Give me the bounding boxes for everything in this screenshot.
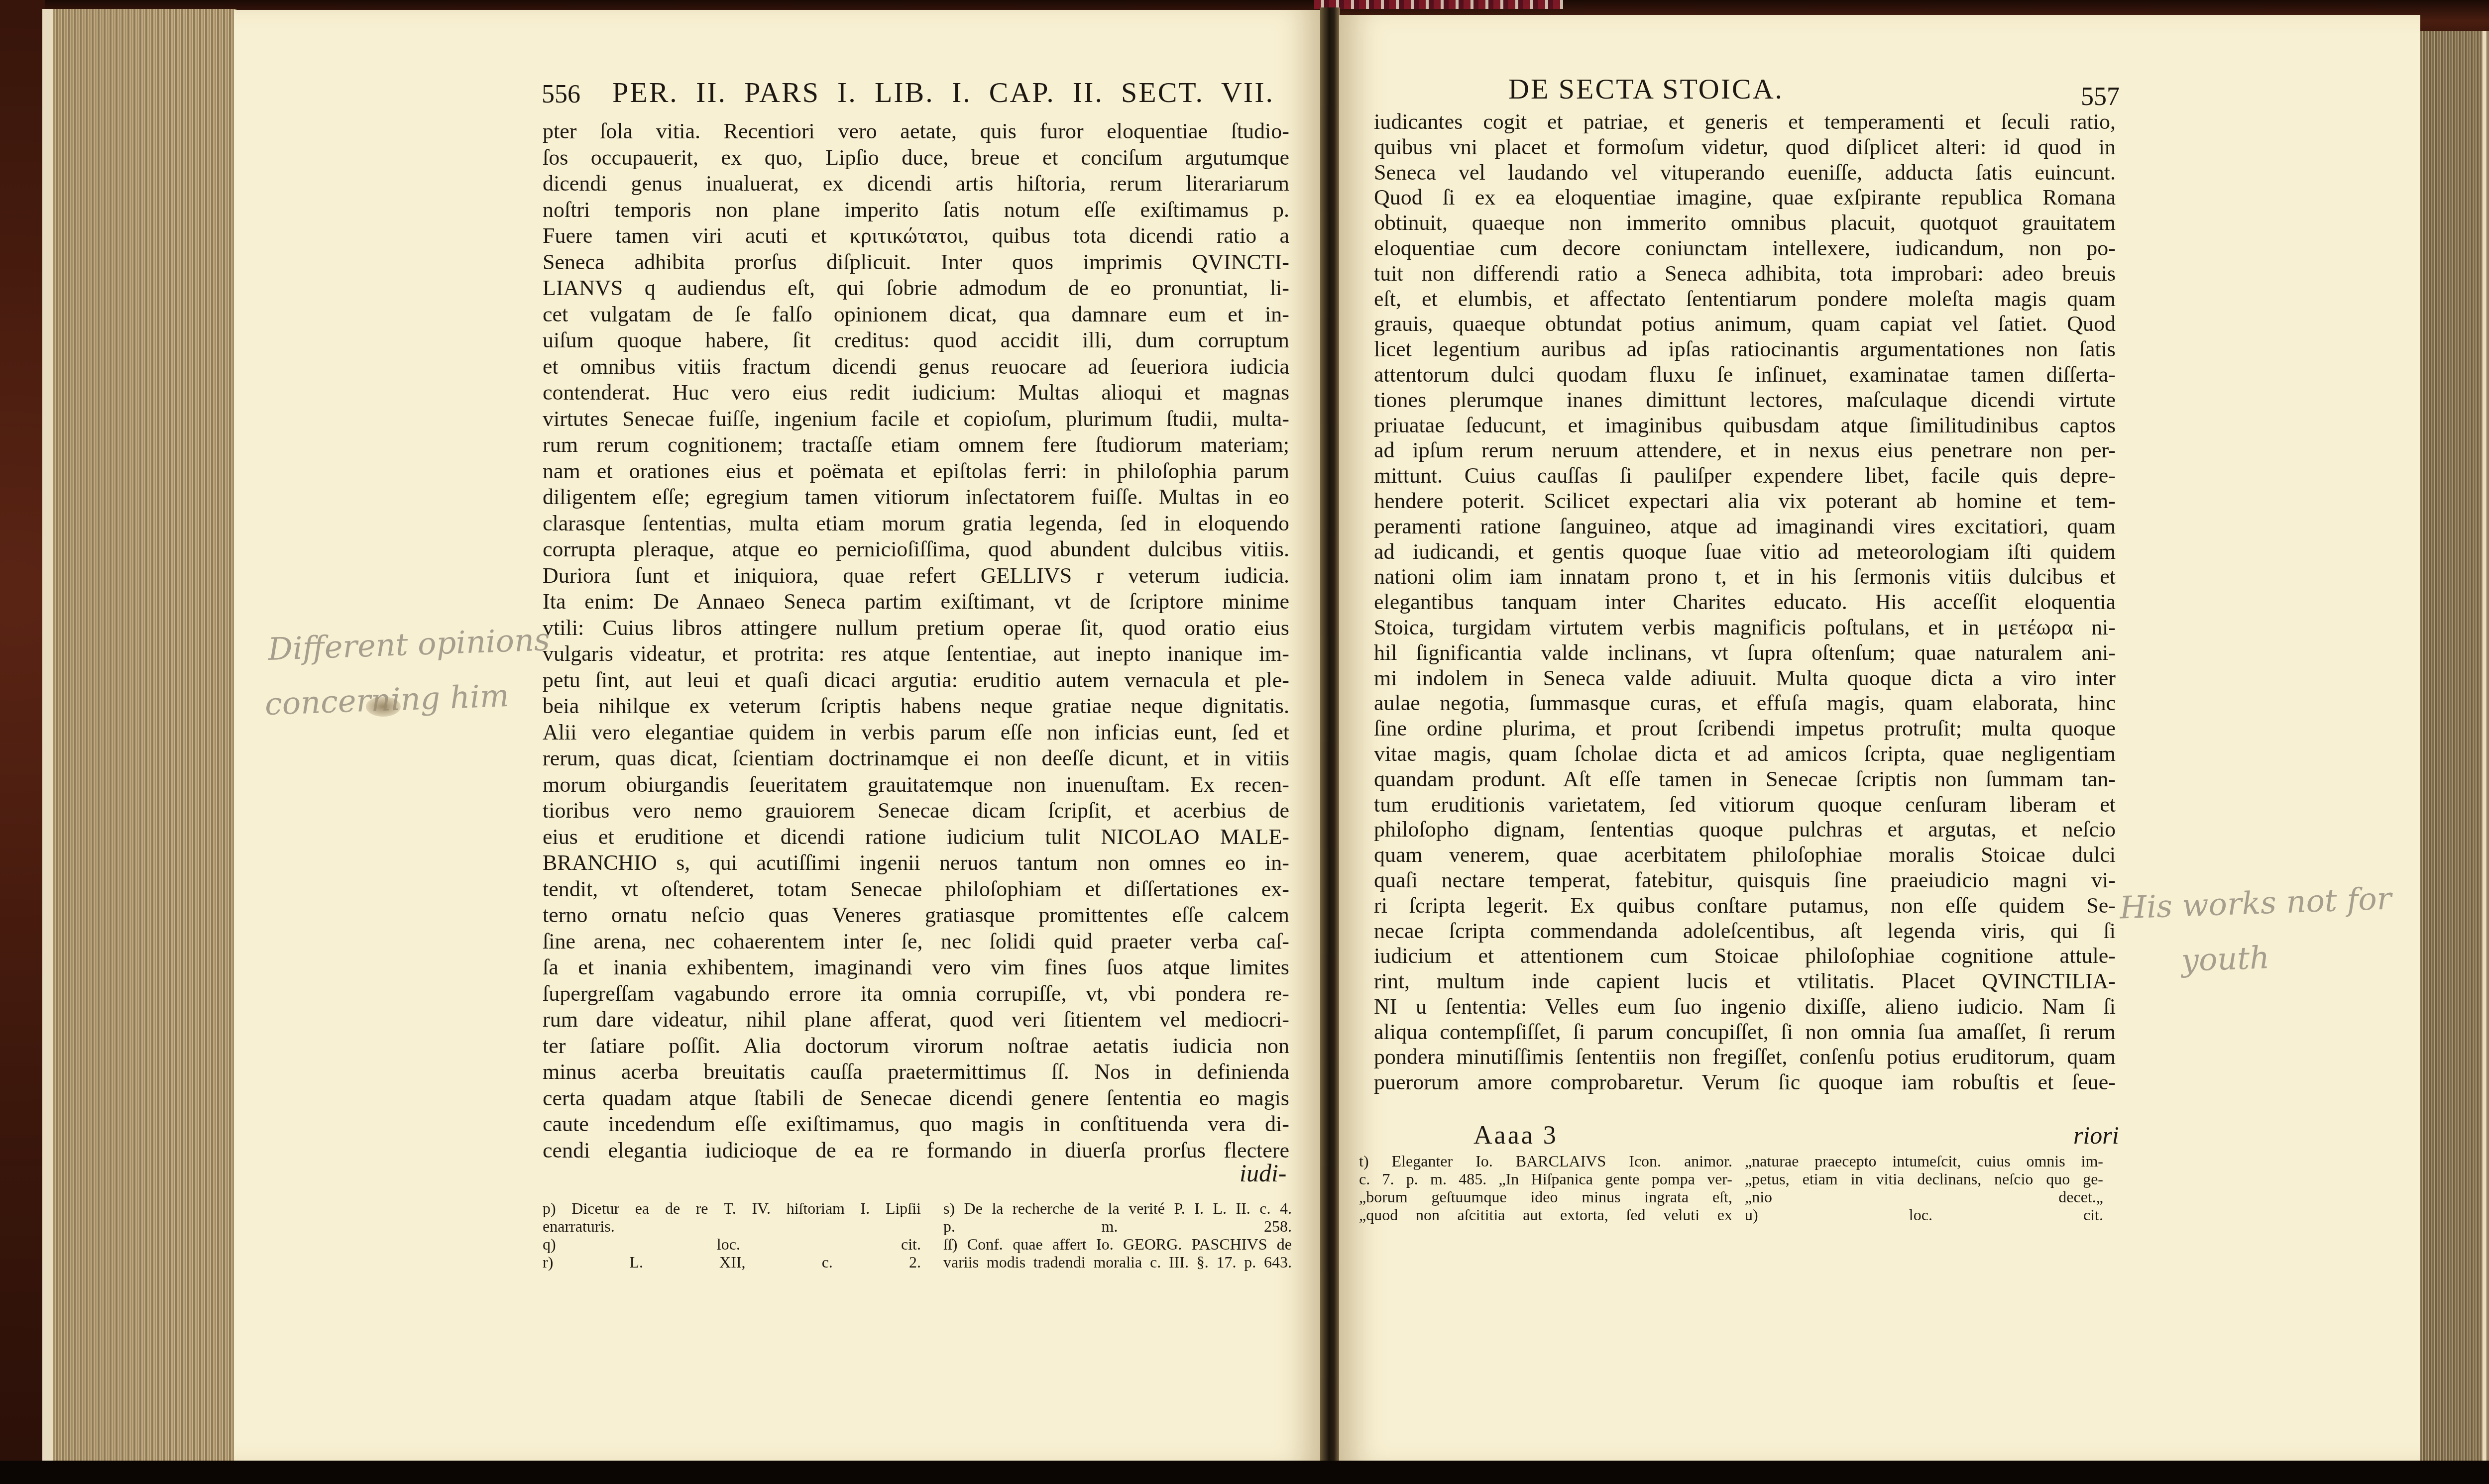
text-line: „quod non aſcititia aut extorta, ſed vel… bbox=[1359, 1206, 1732, 1224]
text-line: u) loc. cit. bbox=[1745, 1206, 2103, 1224]
text-line: morum obiurgandis ſeueritatem grauitatem… bbox=[543, 772, 1289, 798]
text-line: „naturae praecepto intumeſcit, cuius omn… bbox=[1745, 1152, 2103, 1170]
left-running-head: PER. II. PARS I. LIB. I. CAP. II. SECT. … bbox=[612, 76, 1274, 109]
marginalia-right: His works not for youth bbox=[2119, 871, 2394, 990]
right-body-text: iudicantes cogit et patriae, et generis … bbox=[1374, 109, 2116, 1095]
left-footnotes-col1: p) Dicetur ea de re T. IV. hiſtoriam I. … bbox=[543, 1199, 921, 1271]
text-line: obtinuit, quaeque non immerito omnibus p… bbox=[1374, 211, 2116, 236]
text-line: attentorum dulci quodam fluxu ſe inſinue… bbox=[1374, 362, 2116, 388]
text-line: Quod ſi ex ea eloquentiae imagine, quae … bbox=[1374, 185, 2116, 211]
text-line: aliqua contempſiſſet, ſi parum concupiſſ… bbox=[1374, 1020, 2116, 1045]
text-line: „borum geſtuumque ideo minus ingrata eſt… bbox=[1359, 1188, 1732, 1206]
text-line: hil ſignificantia valde inclinans, vt ſu… bbox=[1374, 640, 2116, 666]
text-line: minus acerba breuitatis cauſſa praetermi… bbox=[543, 1059, 1289, 1085]
right-footnotes-col2: „naturae praecepto intumeſcit, cuius omn… bbox=[1745, 1152, 2103, 1224]
marginalia-right-line2: youth bbox=[2180, 926, 2394, 988]
right-page-number: 557 bbox=[2081, 82, 2120, 111]
left-catchword: iudi- bbox=[1240, 1159, 1286, 1187]
text-line: q) loc. cit. bbox=[543, 1235, 921, 1253]
text-line: pondera minutiſſimis ſententiis non freg… bbox=[1374, 1045, 2116, 1070]
text-line: variis modis tradendi moralia c. III. §.… bbox=[943, 1253, 1292, 1271]
text-line: nationi olim iam innatam prono t, et in … bbox=[1374, 564, 2116, 590]
text-line: clarasque ſententias, multa etiam morum … bbox=[543, 511, 1289, 537]
text-line: tuit non differendi ratio a Seneca adhib… bbox=[1374, 261, 2116, 287]
text-line: ter ſatiare poſſit. Alia doctorum viroru… bbox=[543, 1033, 1289, 1060]
text-line: r) L. XII, c. 2. bbox=[543, 1253, 921, 1271]
text-line: elegantibus tanquam inter Charites educa… bbox=[1374, 590, 2116, 615]
text-line: diligentem eſſe; egregium tamen vitiorum… bbox=[543, 484, 1289, 511]
text-line: eius et eruditione et dicendi ratione iu… bbox=[543, 824, 1289, 850]
text-line: iudicium et attentionem cum Stoicae phil… bbox=[1374, 944, 2116, 969]
text-line: p) Dicetur ea de re T. IV. hiſtoriam I. … bbox=[543, 1199, 921, 1217]
book-cover-bottom bbox=[0, 1461, 2489, 1484]
text-line: licet legentium auribus ad ipſas ratioci… bbox=[1374, 337, 2116, 362]
text-line: mittunt. Cuius cauſſas ſi pauliſper expe… bbox=[1374, 463, 2116, 489]
marginalia-left-line1: Different opinions bbox=[267, 612, 551, 677]
right-footnotes-col1: t) Eleganter Io. BARCLAIVS Icon. animor.… bbox=[1359, 1152, 1732, 1224]
text-line: ri ſcripta legerit. Ex quibus conſtare p… bbox=[1374, 893, 2116, 919]
text-line: grauis, quaeque obtundat potius animum, … bbox=[1374, 312, 2116, 337]
text-line: peramenti ratione ſanguineo, atque ad im… bbox=[1374, 514, 2116, 539]
text-line: Duriora ſunt et iniquiora, quae refert G… bbox=[543, 563, 1289, 589]
right-running-head: DE SECTA STOICA. bbox=[1508, 72, 1784, 106]
text-line: beia nihilque ex veterum ſcriptis habens… bbox=[543, 693, 1289, 720]
text-line: iudicantes cogit et patriae, et generis … bbox=[1374, 109, 2116, 135]
text-line: ſa et inania exhibentem, imaginandi vero… bbox=[543, 954, 1289, 981]
text-line: mi indolem in Seneca valde adiuuit. Mult… bbox=[1374, 666, 2116, 691]
text-line: contenderat. Huc vero eius redit iudiciu… bbox=[543, 380, 1289, 406]
text-line: rint, multum inde capient lucis et vtili… bbox=[1374, 969, 2116, 994]
headband bbox=[1314, 0, 1563, 9]
text-line: rum dare videatur, nihil plane afferat, … bbox=[543, 1007, 1289, 1033]
text-line: tum eruditionis varietatem, ſed vitiorum… bbox=[1374, 792, 2116, 818]
text-line: quaſi nectare temperat, fatebitur, quisq… bbox=[1374, 868, 2116, 893]
text-line: et omnibus vitiis fractum dicendi genus … bbox=[543, 354, 1289, 380]
right-catchword: riori bbox=[2073, 1121, 2119, 1150]
gutter bbox=[1320, 7, 1340, 1466]
book-cover-left bbox=[0, 0, 45, 1484]
text-line: Stoica, turgidam virtutem verbis magnifi… bbox=[1374, 615, 2116, 640]
marginalia-left: Different opinions concerning him bbox=[267, 612, 553, 732]
text-line: „petus, etiam in vitia declinans, neſcio… bbox=[1745, 1170, 2103, 1188]
text-line: corrupta pleraque, atque eo pernicioſiſſ… bbox=[543, 536, 1289, 563]
text-line: ſine arena, nec cohaerentem inter ſe, ne… bbox=[543, 929, 1289, 955]
text-line: quibus vni placet et formoſum videtur, q… bbox=[1374, 135, 2116, 160]
text-line: uiſum quoque habere, ſit creditus: quod … bbox=[543, 327, 1289, 354]
text-line: priuatae ſeducunt, et imaginibus quibusd… bbox=[1374, 413, 2116, 438]
text-line: BRANCHIO s, qui acutiſſimi ingenii neruo… bbox=[543, 850, 1289, 876]
text-line: caute incedendum eſſe exiſtimamus, quo m… bbox=[543, 1111, 1289, 1138]
text-line: dicendi genus inualuerat, ex dicendi art… bbox=[543, 171, 1289, 197]
text-line: hendere poterit. Scilicet expectari alia… bbox=[1374, 489, 2116, 514]
text-line: LIANVS q audiendus eſt, qui ſobrie admod… bbox=[543, 275, 1289, 302]
page-edges-right bbox=[2420, 31, 2489, 1464]
text-line: tendit, vt oſtenderet, totam Senecae phi… bbox=[543, 876, 1289, 903]
text-line: vtili: Cuius libros attingere nullum pre… bbox=[543, 615, 1289, 641]
text-line: enarraturis. bbox=[543, 1217, 921, 1235]
text-line: ad ipſum rerum neruum attendere, et in n… bbox=[1374, 438, 2116, 463]
text-line: aulae negotia, ſummasque curas, et effuſ… bbox=[1374, 691, 2116, 716]
text-line: „nio decet.„ bbox=[1745, 1188, 2103, 1206]
text-line: Seneca vel laudando vel vituperando euen… bbox=[1374, 160, 2116, 186]
text-line: philoſopho dignam, ſententias quoque pul… bbox=[1374, 817, 2116, 843]
marginalia-right-line1: His works not for bbox=[2119, 871, 2392, 936]
text-line: terno ornatu neſcio quas Veneres gratias… bbox=[543, 902, 1289, 929]
text-line: ſupergreſſam vagabundo errore ita omnia … bbox=[543, 981, 1289, 1007]
left-footnotes-col2: s) De la recherche de la verité P. I. L.… bbox=[943, 1199, 1292, 1271]
text-line: Alii vero elegantiae quidem in verbis pa… bbox=[543, 720, 1289, 746]
text-line: noſtri temporis non plane imperito ſatis… bbox=[543, 197, 1289, 223]
text-line: s) De la recherche de la verité P. I. L.… bbox=[943, 1199, 1292, 1217]
text-line: quam venerem, quae acerbitatem philoſoph… bbox=[1374, 843, 2116, 868]
text-line: ſſ) Conf. quae affert Io. GEORG. PASCHIV… bbox=[943, 1235, 1292, 1253]
text-line: quandam produnt. Aſt eſſe tamen in Senec… bbox=[1374, 767, 2116, 792]
text-line: tioribus vero nemo grauiorem Senecae dic… bbox=[543, 798, 1289, 824]
page-edges-left bbox=[42, 9, 236, 1467]
text-line: tiones plerumque inanes dimittunt lector… bbox=[1374, 388, 2116, 413]
text-line: rum rerum cognitionem; tractaſſe etiam o… bbox=[543, 432, 1289, 458]
text-line: pter ſola vitia. Recentiori vero aetate,… bbox=[543, 118, 1289, 145]
text-line: ad iudicandi, et gentis quoque ſuae viti… bbox=[1374, 539, 2116, 565]
text-line: cendi elegantia iudicioque de ea re form… bbox=[543, 1138, 1289, 1164]
text-line: vitae magis, quam ſcholae dicta et ad am… bbox=[1374, 742, 2116, 767]
text-line: p. m. 258. bbox=[943, 1217, 1292, 1235]
text-line: cet vulgatam de ſe falſo opinionem dicat… bbox=[543, 302, 1289, 328]
text-line: NI u ſententia: Velles eum ſuo ingenio d… bbox=[1374, 994, 2116, 1020]
stain bbox=[366, 697, 401, 717]
text-line: virtutes Senecae fuiſſe, ingenium facile… bbox=[543, 406, 1289, 432]
text-line: eſt, et elumbis, et affectato ſententiar… bbox=[1374, 287, 2116, 312]
text-line: eloquentiae cum decore coniunctam intell… bbox=[1374, 236, 2116, 261]
text-line: t) Eleganter Io. BARCLAIVS Icon. animor. bbox=[1359, 1152, 1732, 1170]
text-line: ſos occupauerit, ex quo, Lipſio duce, br… bbox=[543, 145, 1289, 171]
signature-mark: Aaaa 3 bbox=[1473, 1121, 1558, 1150]
left-body-text: pter ſola vitia. Recentiori vero aetate,… bbox=[543, 118, 1289, 1164]
text-line: certa quadam atque ſtabili de Senecae di… bbox=[543, 1085, 1289, 1112]
text-line: vulgaris videatur, et protrita: res atqu… bbox=[543, 641, 1289, 667]
text-line: ſine ordine plurima, et prout ſcribendi … bbox=[1374, 716, 2116, 742]
text-line: nam et orationes eius et poëmata et epiſ… bbox=[543, 458, 1289, 485]
text-line: petu ſint, aut leui et quaſi dicaci argu… bbox=[543, 667, 1289, 694]
text-line: puerorum amore comprobaretur. Verum ſic … bbox=[1374, 1070, 2116, 1095]
text-line: c. 7. p. m. 485. „In Hiſpanica gente pom… bbox=[1359, 1170, 1732, 1188]
marginalia-left-line2: concerning him bbox=[264, 667, 553, 732]
left-page-number: 556 bbox=[542, 80, 580, 109]
text-line: necae ſcripta commendanda adoleſcentibus… bbox=[1374, 919, 2116, 944]
text-line: Ita enim: De Annaeo Seneca partim exiſti… bbox=[543, 589, 1289, 615]
text-line: Fuere tamen viri acuti et κριτικώτατοι, … bbox=[543, 223, 1289, 249]
text-line: Seneca adhibita prorſus diſplicuit. Inte… bbox=[543, 249, 1289, 276]
text-line: rerum, quas dicat, ſcientiam doctrinamqu… bbox=[543, 745, 1289, 772]
